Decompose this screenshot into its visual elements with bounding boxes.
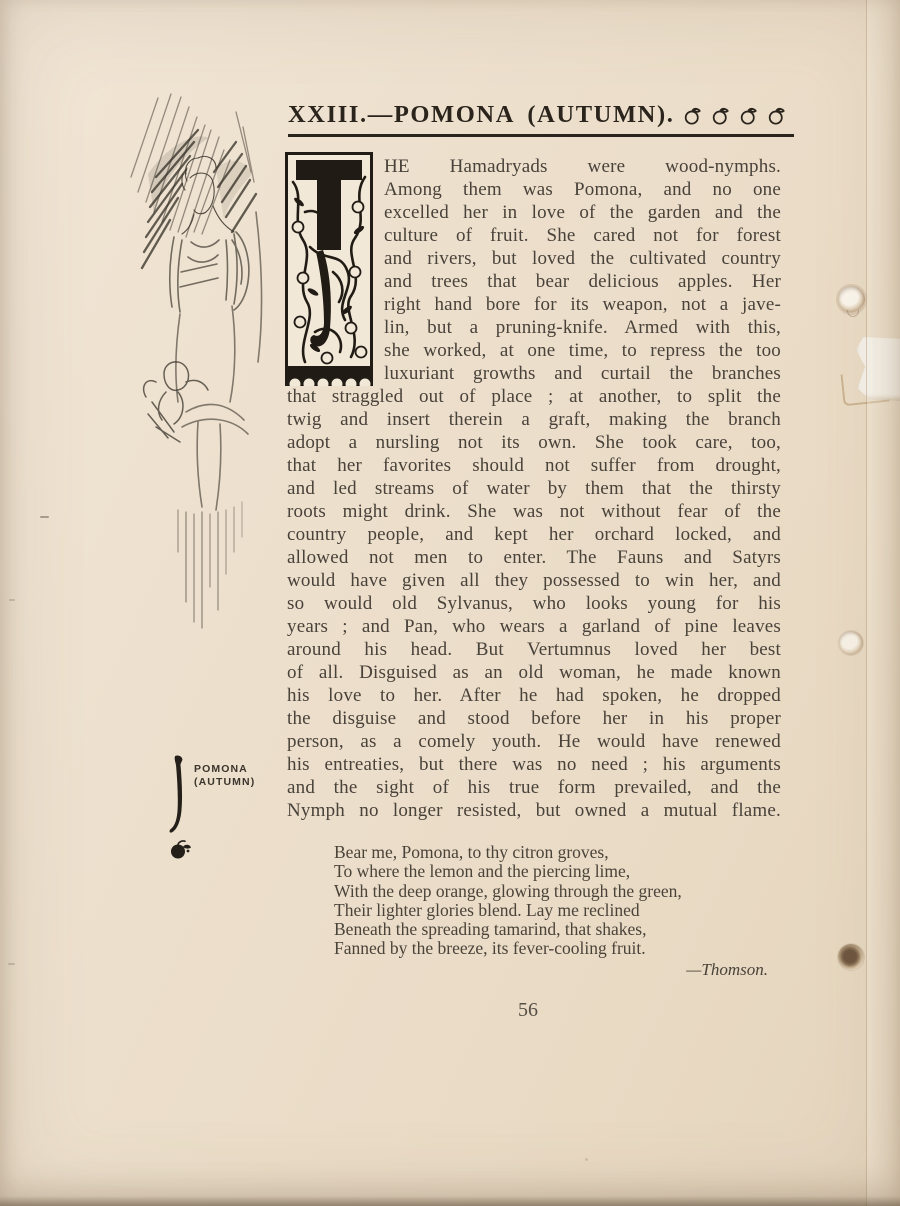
text-line: country people, and kept her orchard loc… xyxy=(287,523,781,546)
caption-line-2: (AUTUMN) xyxy=(194,776,255,789)
text-line: Nymph no longer resisted, but owned a mu… xyxy=(287,799,781,822)
poem-attribution: —Thomson. xyxy=(334,960,776,979)
punch-hole xyxy=(839,631,863,655)
text-line: and the sight of his true form prevailed… xyxy=(287,776,781,799)
paper-speck xyxy=(585,1158,588,1161)
text-line: and led streams of water by them that th… xyxy=(287,477,781,500)
text-line: lin, but a pruning-knife. Armed with thi… xyxy=(384,316,781,339)
poem-quote: Bear me, Pomona, to thy citron groves,To… xyxy=(334,843,776,979)
apple-icon xyxy=(169,838,193,860)
poem-lines: Bear me, Pomona, to thy citron groves,To… xyxy=(334,843,776,959)
paper-speck xyxy=(40,516,49,518)
book-page: XXIII.—POMONA (AUTUMN). xyxy=(0,0,900,1206)
apple-icon xyxy=(683,106,702,125)
apple-icon xyxy=(711,106,730,125)
page-right-edge xyxy=(866,0,900,1206)
pruning-knife-icon xyxy=(168,754,190,836)
paper-speck xyxy=(9,599,15,601)
text-line: Bear me, Pomona, to thy citron groves, xyxy=(334,843,776,862)
article-body: HE Hamadryads were wood-nymphs.Among the… xyxy=(287,155,781,822)
pomona-illustration xyxy=(86,82,278,634)
paper-speck xyxy=(8,963,15,965)
text-line: of all. Disguised as an old woman, he ma… xyxy=(287,661,781,684)
text-line: she worked, at one time, to repress the … xyxy=(384,339,781,362)
text-line: culture of fruit. She cared not for fore… xyxy=(384,224,781,247)
chapter-title: XXIII.—POMONA (AUTUMN). xyxy=(288,101,674,129)
text-line: To where the lemon and the piercing lime… xyxy=(334,862,776,881)
text-line: so would old Sylvanus, who looks young f… xyxy=(287,592,781,615)
text-line: the disguise and stood before her in his… xyxy=(287,707,781,730)
page-bottom-shadow xyxy=(0,1196,900,1206)
text-line: Among them was Pomona, and no one xyxy=(384,178,781,201)
text-line: right hand bore for its weapon, not a ja… xyxy=(384,293,781,316)
text-line: his love to her. After he had spoken, he… xyxy=(287,684,781,707)
text-line: that her favorites should not suffer fro… xyxy=(287,454,781,477)
text-line: and rivers, but loved the cultivated cou… xyxy=(384,247,781,270)
text-line: around his head. But Vertumnus loved her… xyxy=(287,638,781,661)
text-line: his entreaties, but there was no need ; … xyxy=(287,753,781,776)
text-line: Beneath the spreading tamarind, that sha… xyxy=(334,920,776,939)
apple-icon xyxy=(739,106,758,125)
text-line: person, as a comely youth. He would have… xyxy=(287,730,781,753)
text-line: excelled her in love of the garden and t… xyxy=(384,201,781,224)
text-line: adopt a nursling not its own. She took c… xyxy=(287,431,781,454)
text-line: Fanned by the breeze, its fever-cooling … xyxy=(334,939,776,958)
punch-hole xyxy=(838,286,865,313)
paragraph-beside-dropcap: HE Hamadryads were wood-nymphs.Among the… xyxy=(384,155,781,385)
text-line: luxuriant growths and curtail the branch… xyxy=(384,362,781,385)
text-line: With the deep orange, glowing through th… xyxy=(334,882,776,901)
text-line: and trees that bear delicious apples. He… xyxy=(384,270,781,293)
decorated-initial-T xyxy=(285,152,373,386)
text-line: twig and insert therein a graft, making … xyxy=(287,408,781,431)
text-line: that straggled out of place ; at another… xyxy=(287,385,781,408)
text-line: years ; and Pan, who wears a garland of … xyxy=(287,615,781,638)
apple-icon xyxy=(767,106,786,125)
text-line: Their lighter glories blend. Lay me recl… xyxy=(334,901,776,920)
text-line: would have given all they possessed to w… xyxy=(287,569,781,592)
page-number: 56 xyxy=(493,999,563,1022)
caption-line-1: POMONA xyxy=(194,763,255,776)
text-line: HE Hamadryads were wood-nymphs. xyxy=(384,155,781,178)
text-line: roots might drink. She was not without f… xyxy=(287,500,781,523)
illustration-caption: POMONA (AUTUMN) xyxy=(166,752,276,862)
paragraph-full-width: that straggled out of place ; at another… xyxy=(287,385,781,822)
text-line: allowed not men to enter. The Fauns and … xyxy=(287,546,781,569)
chapter-title-row: XXIII.—POMONA (AUTUMN). xyxy=(288,101,794,137)
punch-hole xyxy=(838,944,864,970)
